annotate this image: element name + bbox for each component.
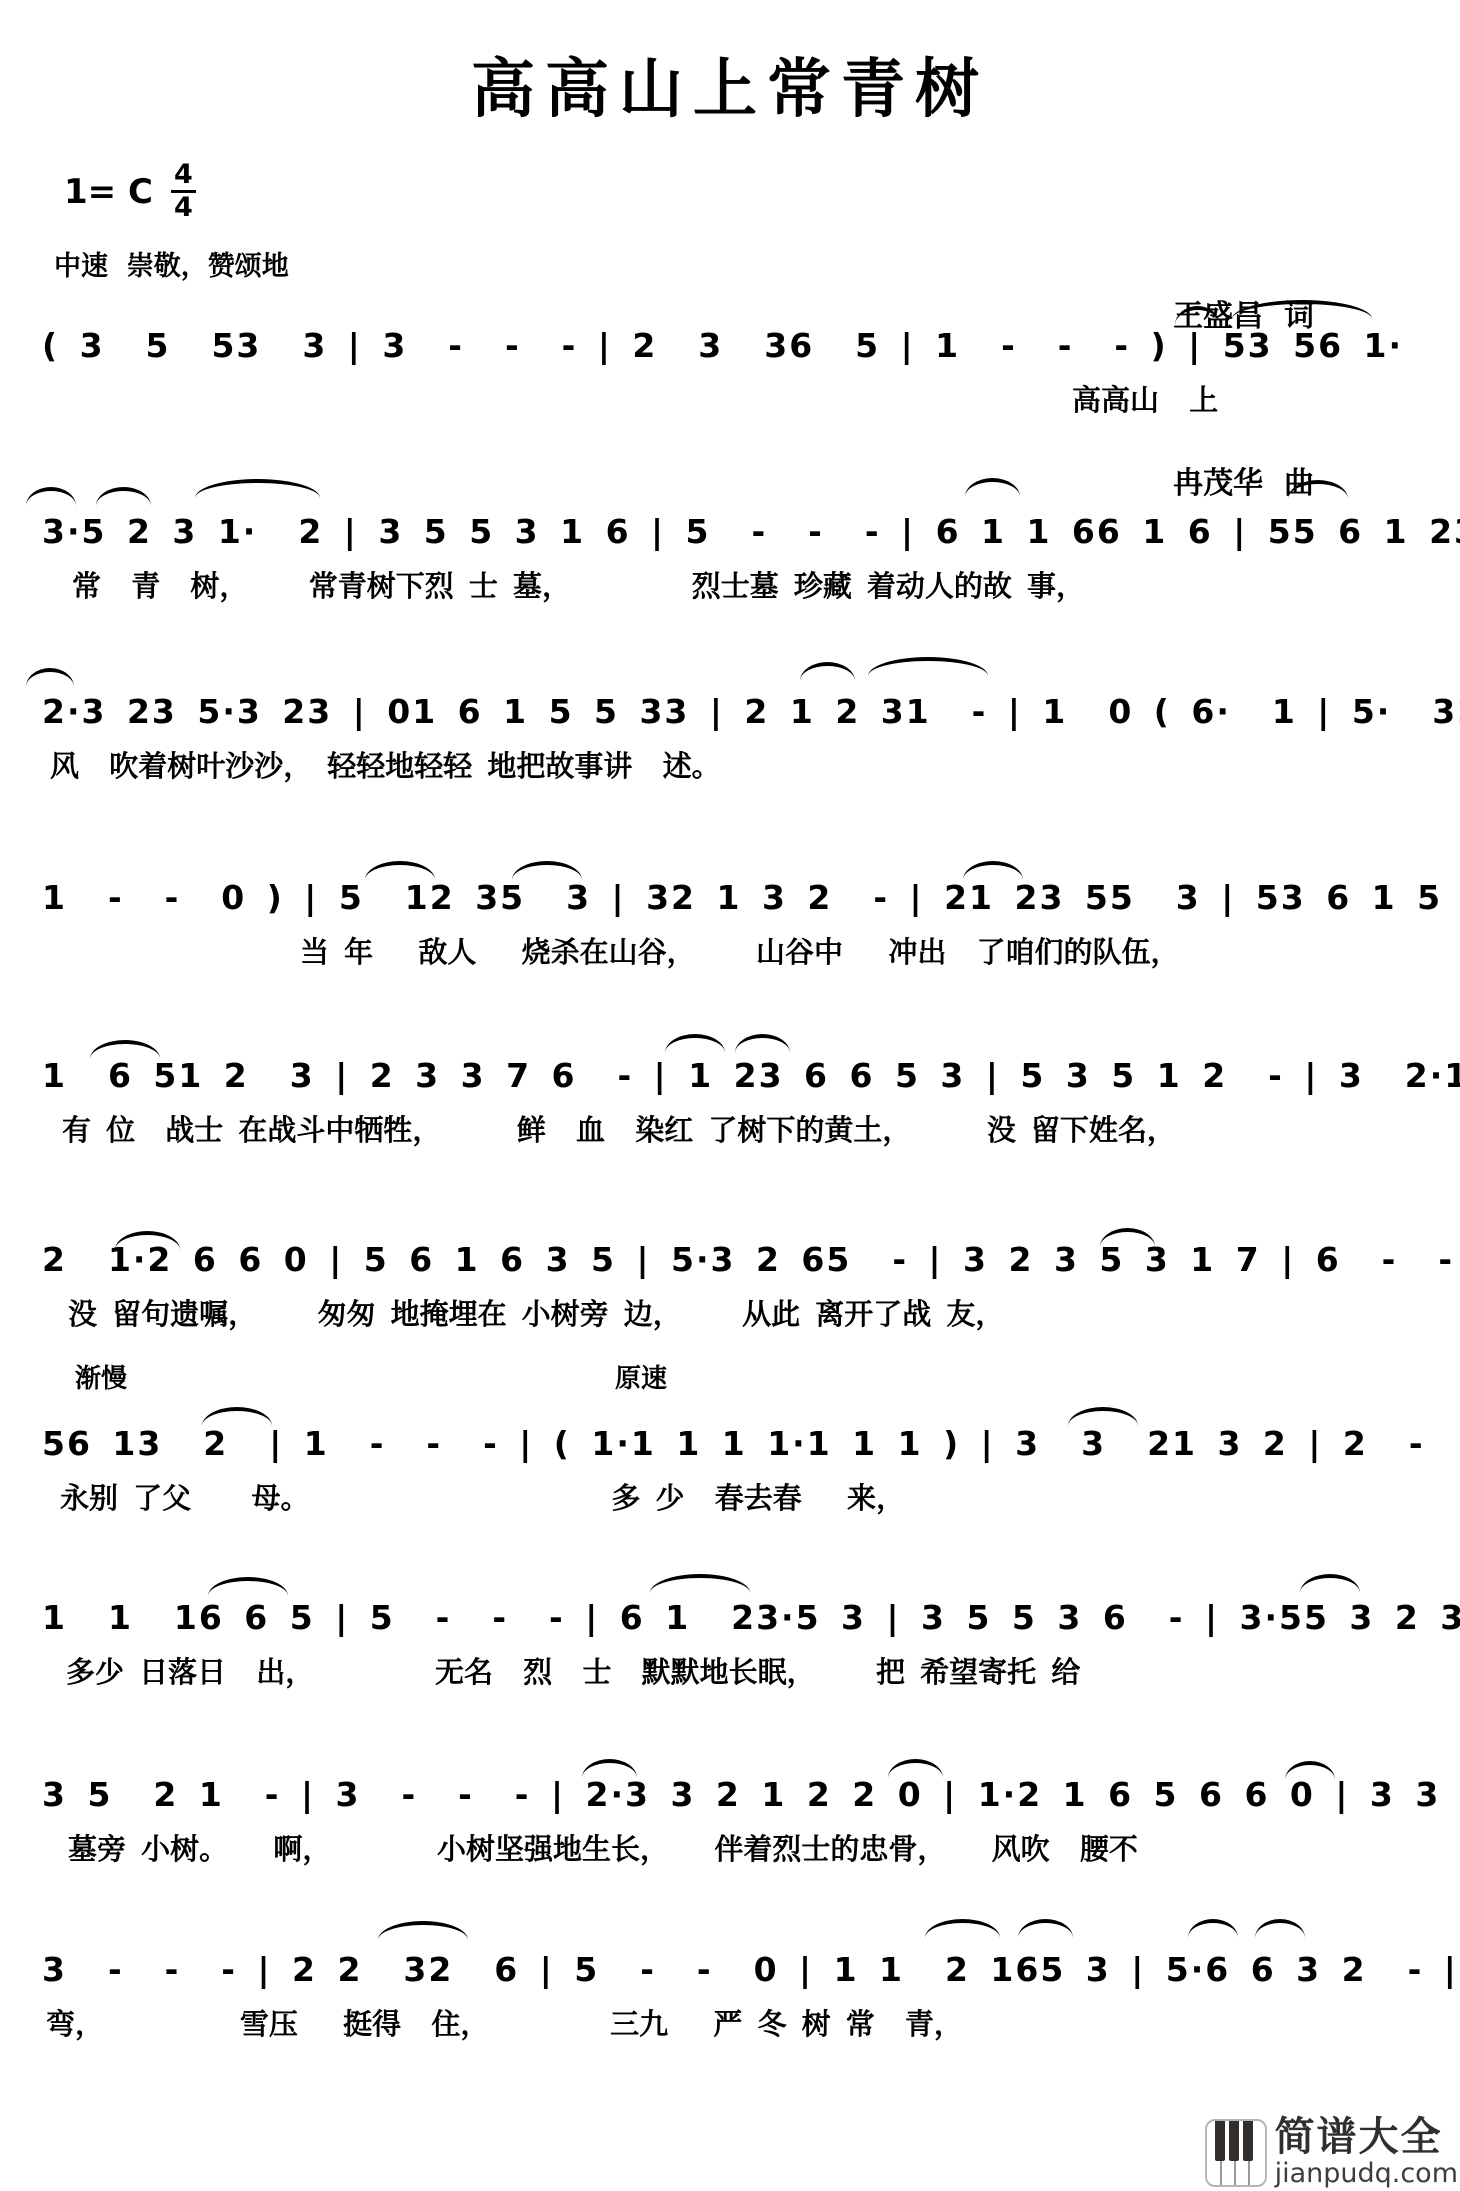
notes-line-8: 1 1 16 6 5 | 5 - - - | 6 1 23·5 3 | 3 5 …: [42, 1598, 1454, 1638]
slur-arc: [365, 861, 435, 880]
slur-arc: [1285, 1761, 1335, 1780]
lyrics-line-5: 有 位 战士 在战斗中牺牲， 鲜 血 染红 了树下的黄土， 没 留下姓名，: [62, 1108, 1454, 1149]
notes-line-1: ( 3 5 53 3 | 3 - - - | 2 3 36 5 | 1 - - …: [42, 326, 1454, 366]
piano-black-key: [1215, 2121, 1225, 2161]
piano-black-key: [1229, 2121, 1239, 2161]
tempo-mark-a-tempo: 原速: [615, 1358, 667, 1395]
lyrics-line-1: 高高山 上: [1072, 378, 1454, 419]
time-signature-denominator: 4: [174, 193, 193, 223]
lyrics-line-7: 永别 了父 母。 多 少 春去春 来，: [60, 1476, 1454, 1517]
tie-arc: [868, 657, 988, 676]
slur-arc: [965, 478, 1020, 497]
notes-line-2: 3·5 2 3 1· 2 | 3 5 5 3 1 6 | 5 - - - | 6…: [42, 512, 1454, 552]
slur-arc: [90, 1040, 160, 1059]
music-system-10: 3 - - - | 2 2 32 6 | 5 - - 0 | 1 1 2 165…: [42, 1950, 1454, 2043]
music-system-4: 1 - - 0 ) | 5 12 35 3 | 32 1 3 2 - | 21 …: [42, 878, 1454, 971]
piano-black-key: [1243, 2121, 1253, 2161]
key-label: 1= C: [64, 172, 153, 212]
slur-arc: [925, 1919, 1000, 1938]
piano-keys-icon: [1205, 2119, 1267, 2187]
slur-arc: [650, 1574, 750, 1593]
watermark-site-name: 简谱大全: [1275, 2117, 1443, 2157]
slur-arc: [26, 668, 74, 687]
watermark-site-url: jianpudq.com: [1275, 2160, 1458, 2187]
lyrics-line-4: 当 年 敌人 烧杀在山谷， 山谷中 冲出 了咱们的队伍，: [300, 930, 1454, 971]
notes-line-4: 1 - - 0 ) | 5 12 35 3 | 32 1 3 2 - | 21 …: [42, 878, 1454, 918]
music-system-5: 1 6 51 2 3 | 2 3 3 7 6 - | 1 23 6 6 5 3 …: [42, 1056, 1454, 1149]
slur-arc: [26, 487, 76, 506]
lyrics-line-10: 弯， 雪压 挺得 住， 三九 严 冬 树 常 青，: [46, 2002, 1454, 2043]
notes-line-3: 2·3 23 5·3 23 | 01 6 1 5 5 33 | 2 1 2 31…: [42, 692, 1454, 732]
watermark-text: 简谱大全 jianpudq.com: [1275, 2117, 1458, 2187]
lyrics-line-9: 墓旁 小树。 啊， 小树坚强地生长， 伴着烈士的忠骨， 风吹 腰不: [68, 1827, 1454, 1868]
slur-arc: [1018, 1919, 1073, 1938]
slur-arc: [1068, 1407, 1138, 1426]
slur-arc: [378, 1921, 468, 1940]
slur-arc: [582, 1759, 637, 1778]
slur-arc: [963, 861, 1023, 880]
slur-arc: [512, 861, 582, 880]
music-system-9: 3 5 2 1 - | 3 - - - | 2·3 3 2 1 2 2 0 | …: [42, 1775, 1454, 1868]
time-signature: 4 4: [171, 160, 196, 223]
tie-arc: [195, 479, 320, 498]
slur-arc: [1255, 1919, 1305, 1938]
lyrics-line-3: 风 吹着树叶沙沙， 轻轻地轻轻 地把故事讲 述。: [50, 744, 1454, 785]
slur-arc: [208, 1577, 288, 1596]
notes-line-6: 2 1·2 6 6 0 | 5 6 1 6 3 5 | 5·3 2 65 - |…: [42, 1240, 1454, 1280]
slur-arc: [735, 1034, 790, 1053]
time-signature-numerator: 4: [171, 160, 196, 193]
lyrics-line-6: 没 留句遗嘱， 匆匆 地掩埋在 小树旁 边， 从此 离开了战 友，: [68, 1292, 1454, 1333]
notes-line-10: 3 - - - | 2 2 32 6 | 5 - - 0 | 1 1 2 165…: [42, 1950, 1454, 1990]
slur-arc: [1300, 1574, 1360, 1593]
slur-arc: [96, 487, 151, 506]
music-system-7: 56 13 2 | 1 - - - | ( 1·1 1 1 1·1 1 1 ) …: [42, 1424, 1454, 1517]
notes-line-9: 3 5 2 1 - | 3 - - - | 2·3 3 2 1 2 2 0 | …: [42, 1775, 1454, 1815]
key-signature: 1= C 4 4: [64, 160, 196, 223]
music-system-2: 3·5 2 3 1· 2 | 3 5 5 3 1 6 | 5 - - - | 6…: [42, 512, 1454, 605]
slur-arc: [1188, 1919, 1238, 1938]
slur-arc: [115, 1231, 180, 1250]
lyrics-line-2: 常 青 树， 常青树下烈 士 墓， 烈士墓 珍藏 着动人的故 事，: [72, 564, 1454, 605]
lyrics-line-8: 多少 日落日 出， 无名 烈 士 默默地长眠， 把 希望寄托 给: [66, 1650, 1454, 1691]
composer-credit: 冉茂华 曲: [1173, 456, 1314, 512]
slur-arc: [800, 662, 855, 681]
song-title: 高高山上常青树: [0, 38, 1460, 130]
slur-arc: [1100, 1228, 1155, 1247]
music-system-3: 2·3 23 5·3 23 | 01 6 1 5 5 33 | 2 1 2 31…: [42, 692, 1454, 785]
music-system-8: 1 1 16 6 5 | 5 - - - | 6 1 23·5 3 | 3 5 …: [42, 1598, 1454, 1691]
notes-line-5: 1 6 51 2 3 | 2 3 3 7 6 - | 1 23 6 6 5 3 …: [42, 1056, 1454, 1096]
tempo-expression: 中速 崇敬，赞颂地: [54, 244, 289, 283]
slur-arc: [888, 1759, 943, 1778]
slur-arc: [202, 1407, 272, 1426]
notes-line-7: 56 13 2 | 1 - - - | ( 1·1 1 1 1·1 1 1 ) …: [42, 1424, 1454, 1464]
music-system-1: ( 3 5 53 3 | 3 - - - | 2 3 36 5 | 1 - - …: [42, 326, 1454, 419]
music-system-6: 2 1·2 6 6 0 | 5 6 1 6 3 5 | 5·3 2 65 - |…: [42, 1240, 1454, 1333]
slur-arc: [665, 1034, 725, 1053]
watermark: 简谱大全 jianpudq.com: [1205, 2117, 1458, 2187]
sheet-music-page: 高高山上常青树 1= C 4 4 王盛昌 词 冉茂华 曲 中速 崇敬，赞颂地 (…: [0, 0, 1460, 2191]
tempo-mark-ritenuto: 渐慢: [75, 1358, 127, 1395]
